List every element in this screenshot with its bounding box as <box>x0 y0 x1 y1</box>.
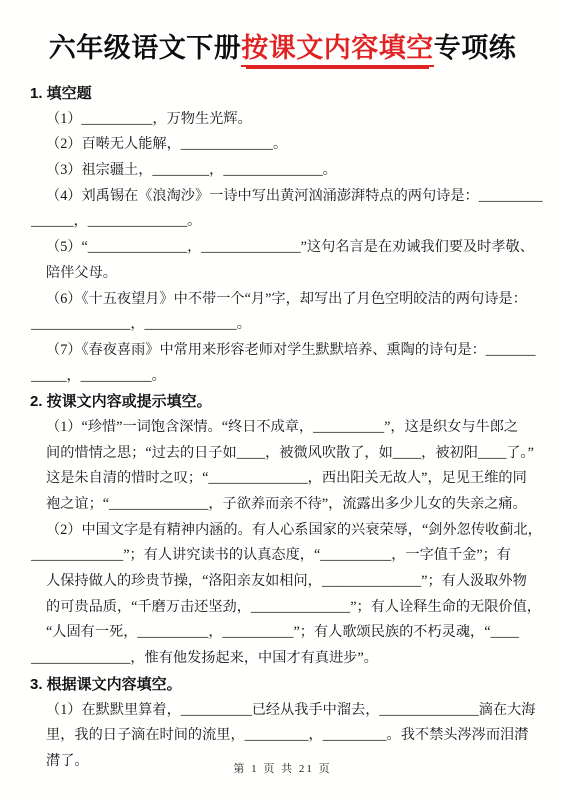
page-number: 第 1 页 共 21 页 <box>0 760 565 776</box>
page-title: 六年级语文下册按课文内容填空专项练 <box>8 31 557 65</box>
text-line: （3）祖宗疆土，________，______________。 <box>46 158 565 184</box>
text-line: ______，______________。 <box>31 209 565 235</box>
text-line: （1）在默默里算着，__________已经从我手中溜去，___________… <box>46 698 565 724</box>
text-line: 陪伴父母。 <box>46 261 565 287</box>
worksheet-page: 六年级语文下册按课文内容填空专项练 1. 填空题（1）__________，万物… <box>0 0 565 800</box>
text-line: _____，__________。 <box>31 364 565 390</box>
text-line: （1）“珍惜”一词饱含深情。“终日不成章，__________”，这是织女与牛郎… <box>46 415 565 441</box>
text-line: （1）__________，万物生光辉。 <box>46 107 565 133</box>
section-heading: 3. 根据课文内容填空。 <box>30 672 565 698</box>
title-highlight-text: 按课文内容填空 <box>241 33 434 67</box>
text-line: _____________”；有人讲究读书的认真态度，“__________，一… <box>31 543 565 569</box>
text-line: 间的惜情之思；“过去的日子如____，被微风吹散了，如____，被初阳____了… <box>46 441 565 467</box>
text-line: （2）中国文字是有精神内涵的。有人心系国家的兴衰荣辱，“剑外忽传收蓟北， <box>46 518 565 544</box>
text-line: （7）《春夜喜雨》中常用来形容老师对学生默默培养、熏陶的诗句是：_______ <box>46 338 565 364</box>
text-line: ______________，_____________。 <box>31 312 565 338</box>
worksheet-body: 1. 填空题（1）__________，万物生光辉。（2）百啭无人能解，____… <box>0 81 565 775</box>
title-pre-text: 六年级语文下册 <box>49 33 242 63</box>
section-heading: 2. 按课文内容或提示填空。 <box>30 389 565 415</box>
text-line: 里，我的日子滴在时间的流里，_________，_________。我不禁头涔涔… <box>46 723 565 749</box>
text-line: （6）《十五夜望月》中不带一个“月”字，却写出了月色空明皎洁的两句诗是： <box>46 287 565 313</box>
text-line: 的可贵品质，“千磨万击还坚劲，______________”；有人诠释生命的无限… <box>46 595 565 621</box>
text-line: “人固有一死，__________，__________”；有人歌颂民族的不朽灵… <box>46 620 565 646</box>
text-line: 人保持做人的珍贵节操，“洛阳亲友如相问，______________”；有人汲取… <box>46 569 565 595</box>
title-post-text: 专项练 <box>434 33 517 63</box>
text-line: （2）百啭无人能解，_____________。 <box>46 132 565 158</box>
text-line: 袍之谊；“______________，子欲养而亲不待”，流露出多少儿女的失亲之… <box>46 492 565 518</box>
text-line: （5）“______________，______________”这句名言是在… <box>46 235 565 261</box>
text-line: （4）刘禹锡在《浪淘沙》一诗中写出黄河汹涌澎湃特点的两句诗是：_________ <box>46 184 565 210</box>
text-line: ______________，惟有他发扬起来，中国才有真进步”。 <box>31 646 565 672</box>
section-heading: 1. 填空题 <box>30 81 565 107</box>
text-line: 这是朱自清的惜时之叹；“______________，西出阳关无故人”，足见王维… <box>46 466 565 492</box>
